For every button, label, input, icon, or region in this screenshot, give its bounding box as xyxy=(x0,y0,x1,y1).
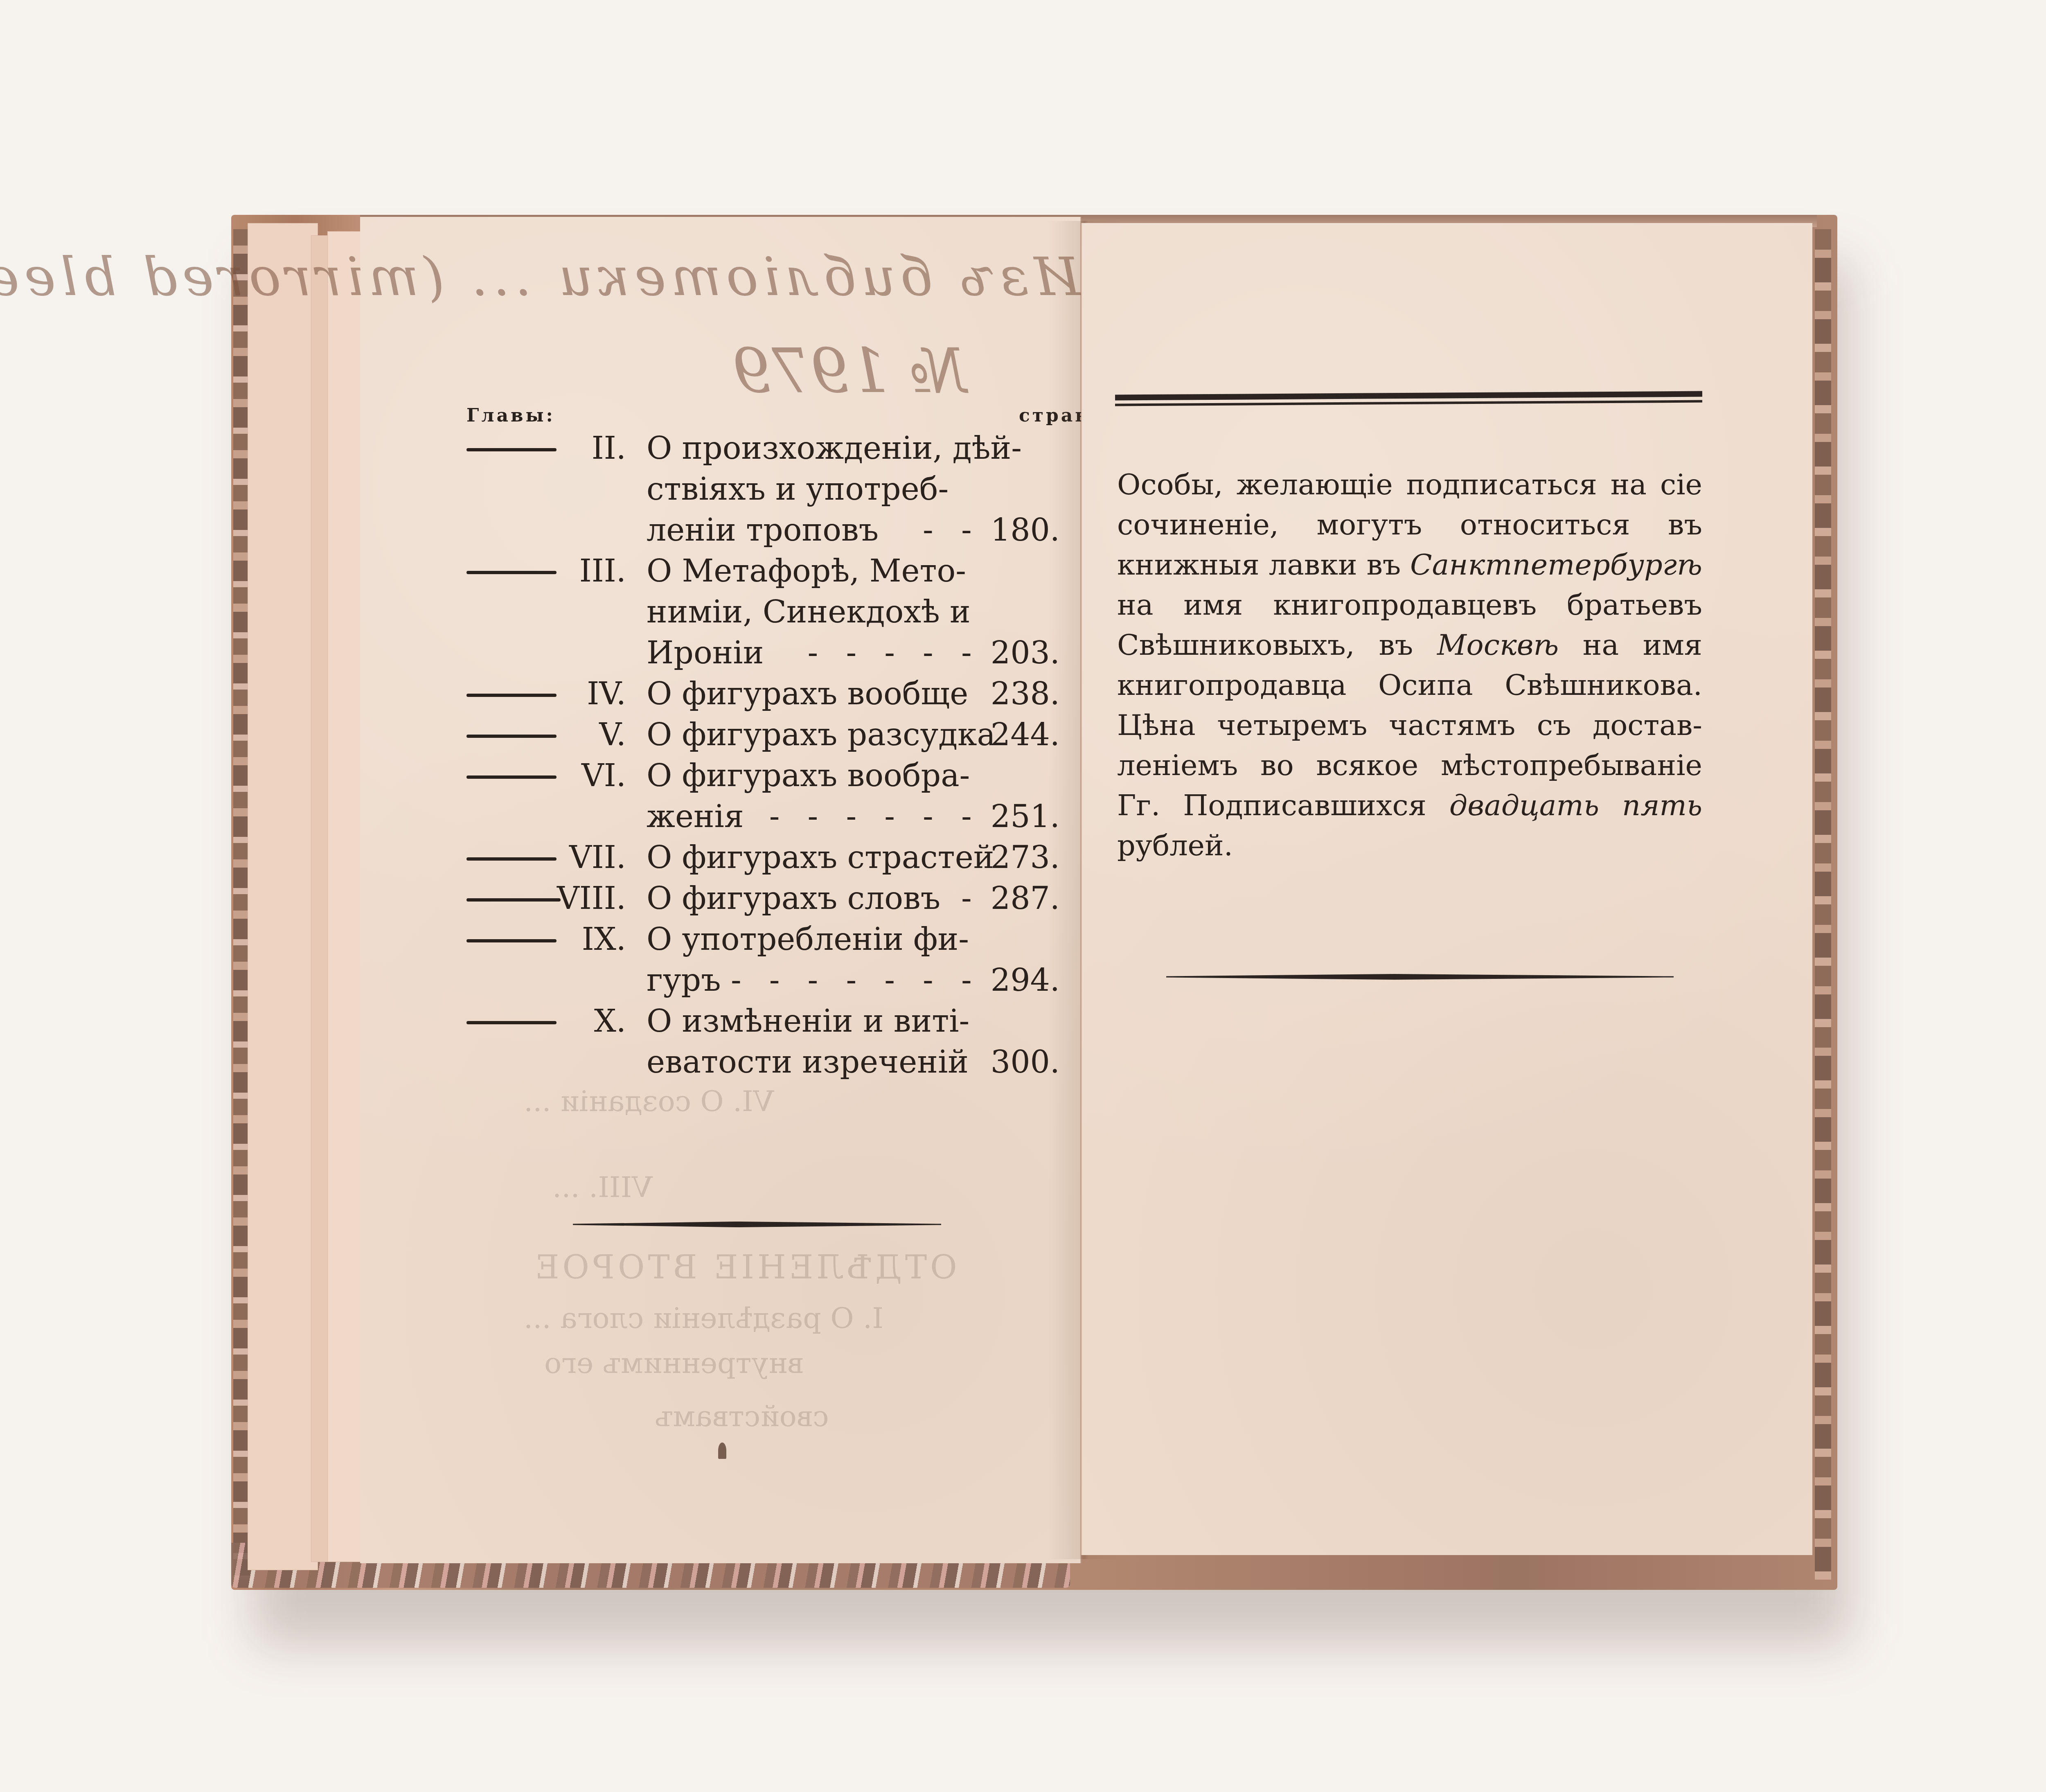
bleed-through-text: I. О раздѣленіи слога ... xyxy=(524,1301,883,1335)
price-italic: двадцать пять xyxy=(1449,789,1702,822)
bleed-through-text: VIII. ... xyxy=(552,1170,653,1204)
notice-line: Гг. Подписавшихся двадцать пять xyxy=(1117,785,1702,825)
bleed-through-text: свойствамъ xyxy=(655,1400,829,1433)
dot-leader: - - - - - xyxy=(808,634,981,671)
chapter-number: X. xyxy=(594,1001,626,1041)
page-number: - - - - - 203. xyxy=(808,632,1060,673)
bleed-through-text: VI. О созданіи ... xyxy=(524,1084,774,1118)
notice-line: Цѣна четыремъ частямъ съ достав- xyxy=(1117,705,1702,745)
flyleaf xyxy=(248,223,318,1570)
notice-text: на имя xyxy=(1559,628,1702,662)
chapter-number: VIII. xyxy=(557,878,626,919)
toc-header-chapters: Главы: xyxy=(466,405,555,426)
handwritten-catalog-number: № 1979 xyxy=(732,336,966,407)
dash-rule xyxy=(466,448,557,451)
place-name-italic: Москвѣ xyxy=(1437,628,1559,662)
notice-line: на имя книгопродавцевъ братьевъ xyxy=(1117,585,1702,625)
page-number: - 287. xyxy=(961,878,1060,919)
marbled-cover-left-edge xyxy=(233,229,250,1580)
subscription-notice: Особы, желающіе подписаться на сіе сочин… xyxy=(1117,464,1702,866)
notice-text: книжныя лавки въ xyxy=(1117,548,1410,582)
notice-line: сочиненіе, могутъ относиться въ xyxy=(1117,505,1702,545)
chapter-number: V. xyxy=(599,714,626,755)
decorative-double-rule xyxy=(1115,393,1702,404)
dash-rule xyxy=(466,735,557,738)
page-number: - - - - - - - 294. xyxy=(731,960,1060,1001)
thick-rule xyxy=(1115,391,1702,401)
dot-leader: - xyxy=(961,880,981,916)
notice-text: Гг. Подписавшихся xyxy=(1117,789,1449,822)
chapter-number: VI. xyxy=(581,755,626,796)
chapter-number: II. xyxy=(592,428,626,469)
flyleaf xyxy=(327,231,361,1562)
dot-leader: - - - - - - - xyxy=(731,962,981,998)
dash-rule xyxy=(466,775,557,779)
notice-line: рублей. xyxy=(1117,825,1702,866)
chapter-number: III. xyxy=(579,550,626,591)
bleed-through-text: ОТДѢЛЕНІЕ ВТОРОЕ xyxy=(532,1248,957,1286)
chapter-number: VII. xyxy=(569,837,626,878)
right-page xyxy=(1081,223,1812,1555)
chapter-title: О измѣненіи и витi- еватости изреченій xyxy=(647,1001,1035,1082)
chapter-title: О фигурахъ вообще xyxy=(647,673,1035,714)
place-name-italic: Санктпетербургѣ xyxy=(1410,548,1702,582)
handwritten-inscription-bleed: Изъ библіотеки ... (mirrored bleed-throu… xyxy=(360,246,1080,308)
notice-line: книжныя лавки въ Санктпетербургѣ xyxy=(1117,545,1702,585)
dot-leader: - - xyxy=(923,512,981,548)
marbled-cover-right-edge xyxy=(1815,229,1831,1580)
dash-rule xyxy=(466,898,561,902)
flyleaf xyxy=(311,235,328,1562)
signature-mark xyxy=(718,1443,726,1459)
dash-rule xyxy=(466,939,557,942)
chapter-number: IX. xyxy=(582,919,626,960)
dash-rule xyxy=(466,571,557,574)
dash-rule xyxy=(466,857,557,861)
notice-line: книгопродавца Осипа Свѣшникова. xyxy=(1117,665,1702,705)
notice-text: Свѣшниковыхъ, въ xyxy=(1117,628,1437,662)
chapter-number: IV. xyxy=(587,673,626,714)
dash-rule xyxy=(466,694,557,697)
notice-line: Особы, желающіе подписаться на сіе xyxy=(1117,464,1702,505)
page-number: - - 180. xyxy=(923,509,1060,550)
notice-line: леніемъ во всякое мѣстопребываніе xyxy=(1117,745,1702,785)
dot-leader: - - - - - - xyxy=(769,798,981,834)
bleed-through-text: внутреннимъ его xyxy=(544,1346,804,1380)
chapter-title: О фигурахъ страстей xyxy=(647,837,1035,878)
page-number: - - - - - - 251. xyxy=(769,796,1060,837)
notice-line: Свѣшниковыхъ, въ Москвѣ на имя xyxy=(1117,625,1702,665)
chapter-title: О фигурахъ разсудка xyxy=(647,714,1035,755)
dash-rule xyxy=(466,1021,557,1024)
